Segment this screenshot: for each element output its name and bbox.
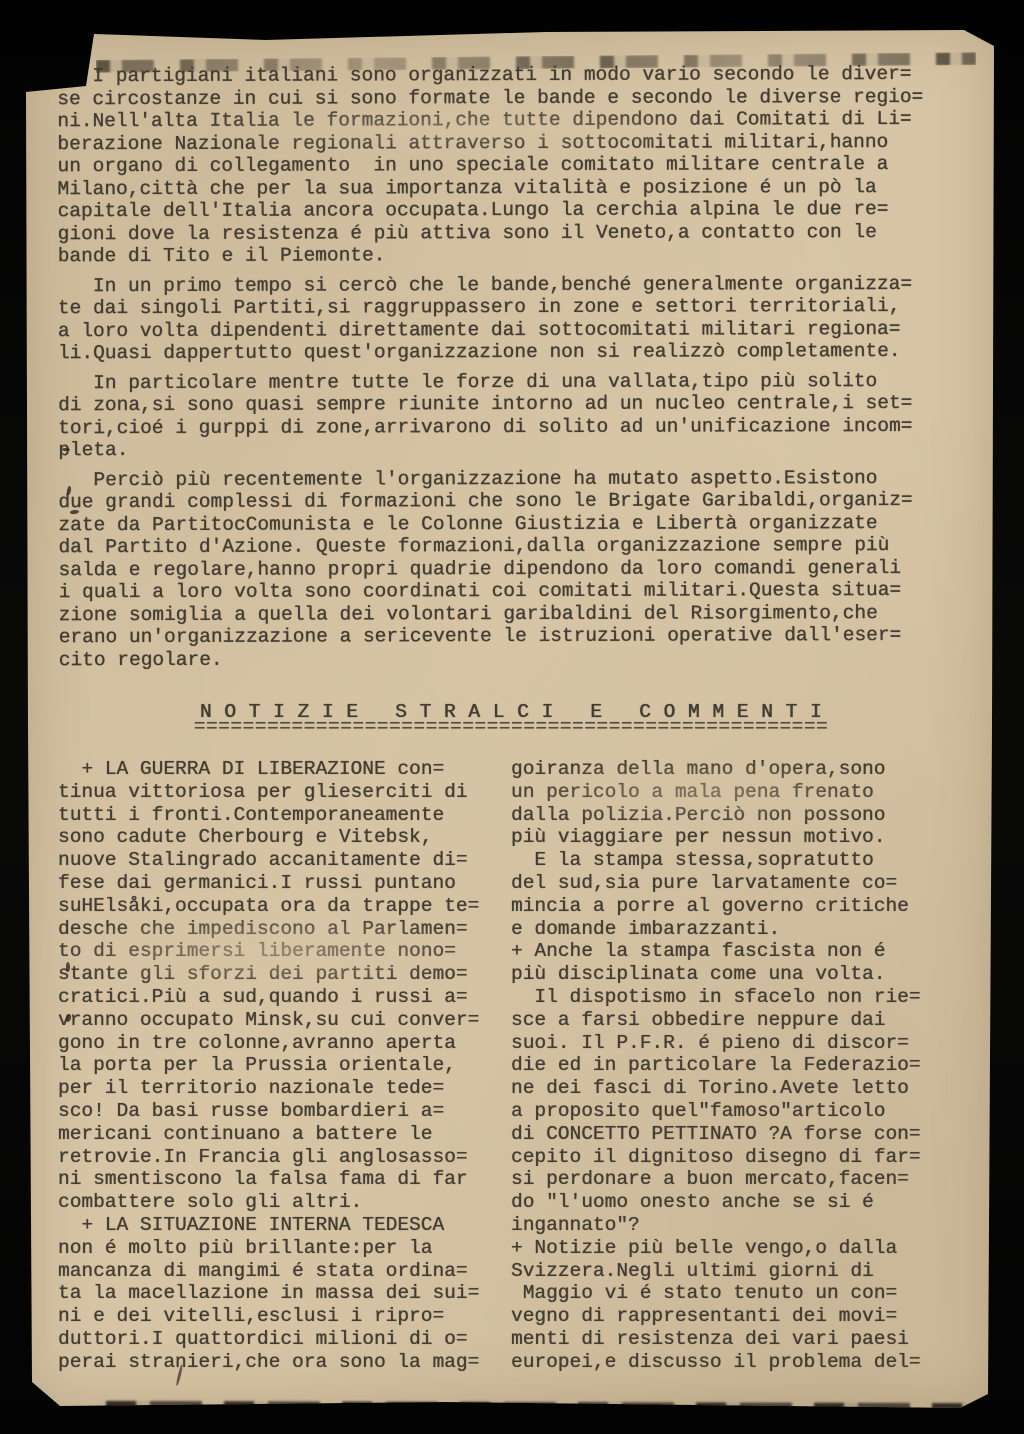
text-line: se circostanze in cui si sono formate le… xyxy=(57,85,963,110)
intro-section: I partigiani italiani sono organizzati i… xyxy=(57,63,965,671)
text-line: pleta. xyxy=(58,437,964,462)
text-line: desche che impediscono al Parlamen= xyxy=(58,918,511,941)
intro-paragraph-1: I partigiani italiani sono organizzati i… xyxy=(57,63,964,268)
text-line: bande di Tito e il Piemonte. xyxy=(58,243,964,268)
text-line: di zona,si sono quasi sempre riunite int… xyxy=(58,392,964,417)
section-heading-underline: ========================================… xyxy=(58,722,964,732)
text-line: Maggio vi é stato tenuto un con= xyxy=(511,1282,964,1305)
text-line: perai stranieri,che ora sono la mag= xyxy=(58,1351,511,1374)
text-line: e domande imbarazzanti. xyxy=(511,918,964,941)
text-line: mancanza di mangimi é stata ordina= xyxy=(58,1260,511,1283)
text-line: ne dei fasci di Torino.Avete letto xyxy=(511,1077,964,1100)
text-line: ta la macellazione in massa dei sui= xyxy=(58,1282,511,1305)
text-line: do "l'uomo onesto anche se si é xyxy=(511,1191,964,1214)
text-line: vranno occupato Minsk,su cui conver= xyxy=(58,1009,511,1032)
text-line: europei,e discusso il problema del= xyxy=(511,1351,964,1374)
text-line: sono cadute Cherbourg e Vitebsk, xyxy=(58,826,511,849)
text-line: non é molto più brillante:per la xyxy=(58,1237,511,1260)
text-line: Il dispotismo in sfacelo non rie= xyxy=(511,986,964,1009)
news-column-left: + LA GUERRA DI LIBERAZIONE con=tinua vit… xyxy=(58,758,511,1374)
text-line: tutti i fronti.Contemporaneamente xyxy=(58,804,511,827)
text-line: zione somiglia a quella dei volontari ga… xyxy=(59,601,965,626)
text-line: la porta per la Prussia orientale, xyxy=(58,1054,511,1077)
text-line: + Anche la stampa fascista non é xyxy=(511,940,964,963)
text-line: Milano,città che per la sua importanza v… xyxy=(58,175,964,200)
text-line: I partigiani italiani sono organizzati i… xyxy=(57,63,963,88)
text-line: a proposito quel"famoso"articolo xyxy=(511,1100,964,1123)
text-line: + LA SITUAZIONE INTERNA TEDESCA xyxy=(58,1214,511,1237)
text-line: si perdonare a buon mercato,facen= xyxy=(511,1168,964,1191)
intro-paragraph-2: In un primo tempo si cercò che le bande,… xyxy=(58,272,964,364)
text-line: nuove Stalingrado accanitamente di= xyxy=(58,849,511,872)
intro-paragraph-4: Perciò più recentemente l'organizzazione… xyxy=(58,466,965,671)
text-line: vegno di rappresentanti dei movi= xyxy=(511,1305,964,1328)
text-line: un pericolo a mala pena frenato xyxy=(511,781,964,804)
text-line: li.Quasi dappertutto quest'organizzazion… xyxy=(58,340,964,365)
text-line: dal Partito d'Azione. Queste formazioni,… xyxy=(58,534,964,559)
text-line: fese dai germanici.I russi puntano xyxy=(58,872,511,895)
text-line: a loro volta dipendenti direttamente dai… xyxy=(58,317,964,342)
text-line: duttori.I quattordici milioni di o= xyxy=(58,1328,511,1351)
text-line: più disciplinata come una volta. xyxy=(511,963,964,986)
typewritten-content: I partigiani italiani sono organizzati i… xyxy=(58,64,964,1374)
text-line: cepito il dignitoso disegno di far= xyxy=(511,1146,964,1169)
text-line: tinua vittoriosa per glieserciti di xyxy=(58,781,511,804)
text-line: di CONCETTO PETTINATO ?A forse con= xyxy=(511,1123,964,1146)
text-line: berazione Nazionale regionali attraverso… xyxy=(57,130,963,155)
intro-paragraph-3: In particolare mentre tutte le forze di … xyxy=(58,369,964,461)
text-line: i quali a loro volta sono coordinati coi… xyxy=(59,579,965,604)
text-line: combattere solo gli altri. xyxy=(58,1191,511,1214)
text-line: to di esprimersi liberamente nono= xyxy=(58,940,511,963)
text-line: sco! Da basi russe bombardieri a= xyxy=(58,1100,511,1123)
document-page: I partigiani italiani sono organizzati i… xyxy=(26,24,994,1408)
text-line: erano un'organizzazione a sericevente le… xyxy=(59,624,965,649)
text-line: due grandi complessi di formazioni che s… xyxy=(58,489,964,514)
bottom-edge-ink-smudge xyxy=(106,1401,966,1417)
text-line: Svizzera.Negli ultimi giorni di xyxy=(511,1260,964,1283)
text-line: gioni dove la resistenza é più attiva so… xyxy=(58,220,964,245)
text-line: In un primo tempo si cercò che le bande,… xyxy=(58,272,964,297)
text-line: capitale dell'Italia ancora occupata.Lun… xyxy=(58,198,964,223)
text-line: mericani continuano a battere le xyxy=(58,1123,511,1146)
section-heading-block: N O T I Z I E S T R A L C I E C O M M E … xyxy=(58,700,964,732)
text-line: ni smentiscono la falsa fama di far xyxy=(58,1168,511,1191)
text-line: ingannato"? xyxy=(511,1214,964,1237)
text-line: cito regolare. xyxy=(59,646,965,671)
text-line: In particolare mentre tutte le forze di … xyxy=(58,369,964,394)
text-line: gono in tre colonne,avranno aperta xyxy=(58,1032,511,1055)
text-line: zate da PartitocComunista e le Colonne G… xyxy=(58,511,964,536)
news-column-right: goiranza della mano d'opera,sonoun peric… xyxy=(511,758,964,1374)
text-line: cratici.Più a sud,quando i russi a= xyxy=(58,986,511,1009)
text-line: sce a farsi obbedire neppure dai xyxy=(511,1009,964,1032)
text-line: ni.Nell'alta Italia le formazioni,che tu… xyxy=(57,108,963,133)
text-line: + LA GUERRA DI LIBERAZIONE con= xyxy=(58,758,511,781)
text-line: die ed in particolare la Federazio= xyxy=(511,1054,964,1077)
text-line: retrovie.In Francia gli anglosasso= xyxy=(58,1146,511,1169)
text-line: tori,cioé i gurppi di zone,arrivarono di… xyxy=(58,414,964,439)
text-line: suoi. Il P.F.R. é pieno di discor= xyxy=(511,1032,964,1055)
text-line: + Notizie più belle vengo,o dalla xyxy=(511,1237,964,1260)
text-line: dalla polizia.Perciò non possono xyxy=(511,804,964,827)
text-line: più viaggiare per nessun motivo. xyxy=(511,826,964,849)
text-line: suHElsåki,occupata ora da trappe te= xyxy=(58,895,511,918)
text-line: stante gli sforzi dei partiti demo= xyxy=(58,963,511,986)
photo-backdrop: I partigiani italiani sono organizzati i… xyxy=(0,0,1024,1434)
news-columns: + LA GUERRA DI LIBERAZIONE con=tinua vit… xyxy=(58,758,964,1374)
text-line: del sud,sia pure larvatamente co= xyxy=(511,872,964,895)
text-line: ni e dei vitelli,esclusi i ripro= xyxy=(58,1305,511,1328)
text-line: Perciò più recentemente l'organizzazione… xyxy=(58,466,964,491)
text-line: menti di resistenza dei vari paesi xyxy=(511,1328,964,1351)
text-line: mincia a porre al governo critiche xyxy=(511,895,964,918)
text-line: per il territorio nazionale tede= xyxy=(58,1077,511,1100)
text-line: salda e regolare,hanno propri quadrie di… xyxy=(59,556,965,581)
text-line: goiranza della mano d'opera,sono xyxy=(511,758,964,781)
text-line: te dai singoli Partiti,si raggruppassero… xyxy=(58,295,964,320)
text-line: un organo di collegamento in uno special… xyxy=(57,153,963,178)
text-line: E la stampa stessa,sopratutto xyxy=(511,849,964,872)
